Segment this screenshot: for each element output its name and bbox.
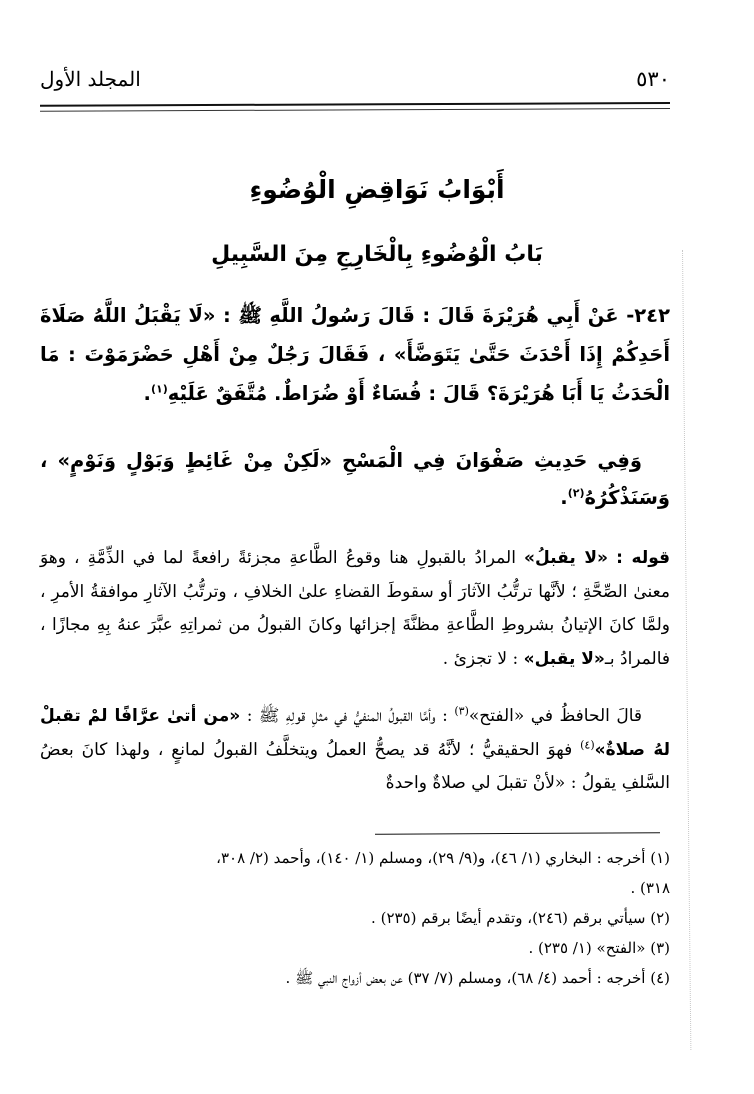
commentary-text: : وأمَّا القبولُ المنفيُّ في مثلِ قولِهِ… — [247, 706, 448, 726]
footnote-4: (٤) أخرجه : أحمد (٤/ ٦٨)، ومسلم (٧/ ٣٧) … — [40, 963, 670, 993]
commentary-text: فهوَ الحقيقيُّ ؛ لأنَّهُ قد يصحُّ العملُ… — [40, 740, 670, 794]
footnotes: (١) أخرجه : البخاري (١/ ٤٦)، و(٩/ ٢٩)، و… — [40, 843, 670, 993]
volume-title: المجلد الأول — [40, 64, 141, 94]
footnote-text: أخرجه : البخاري (١/ ٤٦)، و(٩/ ٢٩)، ومسلم… — [216, 849, 645, 867]
header-double-rule — [40, 102, 670, 112]
footnote-number: (٢) — [650, 909, 670, 927]
chapter-title: أَبْوَابُ نَوَاقِضِ الْوُضُوءِ — [0, 170, 754, 210]
footnote-ref-3[interactable]: (٣) — [454, 704, 469, 717]
footnote-1: (١) أخرجه : البخاري (١/ ٤٦)، و(٩/ ٢٩)، و… — [40, 843, 670, 903]
footnote-text: سيأتي برقم (٢٤٦)، وتقدم أيضًا برقم (٢٣٥)… — [371, 909, 645, 927]
commentary-lead: قوله : — [616, 548, 670, 568]
commentary-paragraph-2: قالَ الحافظُ في «الفتح»(٣) : وأمَّا القب… — [40, 700, 670, 801]
footnote-ref-1[interactable]: (١) — [151, 383, 168, 396]
footnote-continuation: ٣١٨) . — [40, 873, 670, 903]
period: . — [560, 486, 567, 509]
scan-artifact-line — [682, 250, 691, 1050]
footnote-3: (٣) «الفتح» (١/ ٢٣٥) . — [40, 933, 670, 963]
hadith-242: ٢٤٢- عَنْ أَبِي هُرَيْرَةَ قَالَ : قَالَ… — [40, 296, 670, 413]
footnote-separator — [375, 832, 660, 834]
hadith-text: عَنْ أَبِي هُرَيْرَةَ قَالَ : قَالَ رَسُ… — [40, 304, 670, 405]
hadith-safwan: وَفِي حَدِيثِ صَفْوَانَ فِي الْمَسْحِ «ل… — [40, 442, 670, 516]
footnote-ref-2[interactable]: (٢) — [568, 487, 585, 500]
commentary-text: قالَ الحافظُ في «الفتح» — [469, 706, 642, 726]
footnote-number: (١) — [650, 849, 670, 867]
footnote-text: أخرجه : أحمد (٤/ ٦٨)، ومسلم (٧/ ٣٧) عن ب… — [286, 969, 646, 987]
hadith-safwan-text: وَفِي حَدِيثِ صَفْوَانَ فِي الْمَسْحِ «ل… — [40, 449, 670, 509]
quoted-phrase: «لا يقبل» — [524, 649, 605, 669]
running-header: ٥٣٠ المجلد الأول — [40, 64, 670, 94]
period: . — [144, 382, 151, 405]
quoted-phrase: «لا يقبلُ» — [524, 548, 608, 568]
footnote-2: (٢) سيأتي برقم (٢٤٦)، وتقدم أيضًا برقم (… — [40, 903, 670, 933]
section-title: بَابُ الْوُضُوءِ بِالْخَارِجِ مِنَ السَّ… — [0, 236, 754, 274]
hadith-number: ٢٤٢- — [626, 304, 670, 327]
footnote-number: (٣) — [650, 939, 670, 957]
commentary-paragraph-1: قوله : «لا يقبلُ» المرادُ بالقبولِ هنا و… — [40, 542, 670, 676]
page-number: ٥٣٠ — [636, 64, 670, 94]
footnote-number: (٤) — [650, 969, 670, 987]
footnote-ref-4[interactable]: (٤) — [580, 738, 595, 751]
book-page: ٥٣٠ المجلد الأول أَبْوَابُ نَوَاقِضِ الْ… — [0, 0, 754, 1094]
footnote-text: «الفتح» (١/ ٢٣٥) . — [528, 939, 645, 957]
commentary-end: : لا تجزئ . — [443, 649, 518, 669]
